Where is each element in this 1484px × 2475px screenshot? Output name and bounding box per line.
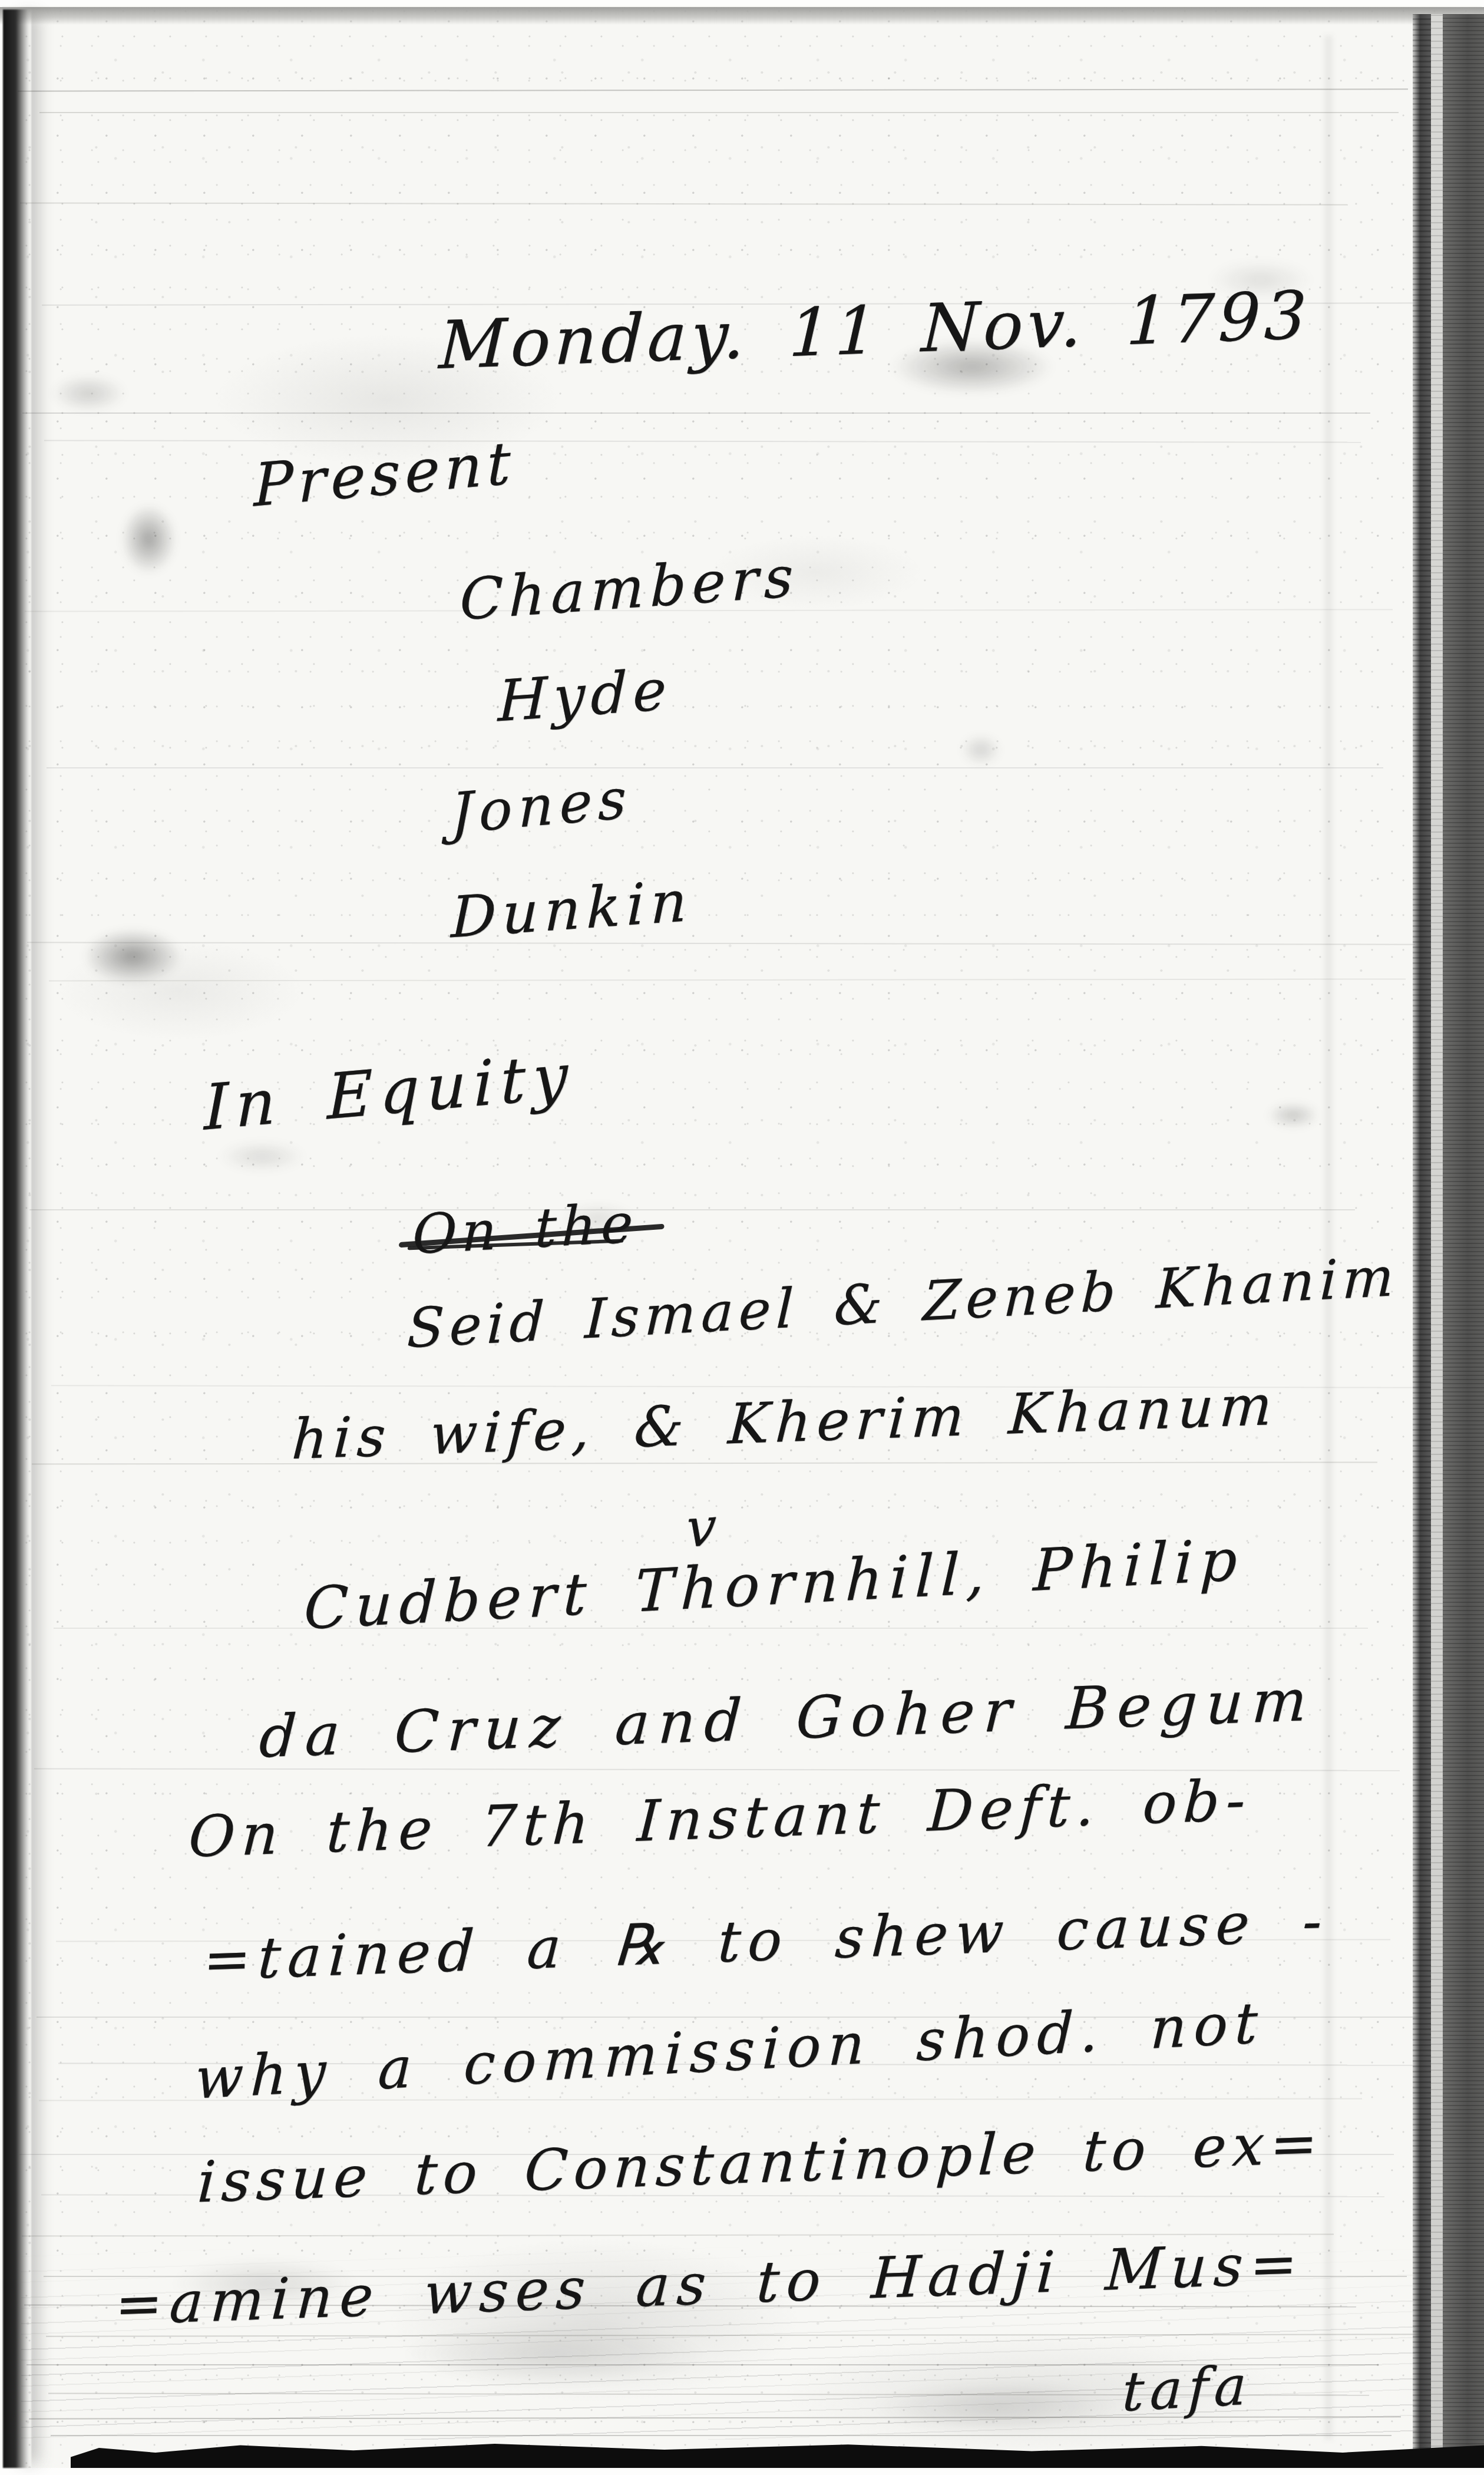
ruled-line (39, 112, 1399, 113)
ink-smudge (121, 504, 177, 575)
ruled-line (54, 1628, 1368, 1629)
scan-top-edge (0, 7, 1484, 25)
page-fold-line (1324, 35, 1333, 2440)
judge-name-dunkin: Dunkin (451, 872, 693, 946)
ruled-line (22, 412, 1370, 414)
ink-smudge (50, 374, 127, 412)
judge-name-hyde: Hyde (498, 661, 673, 730)
binding-shadow-outer (1443, 14, 1484, 2461)
entry-line-6: tafa (1122, 2358, 1254, 2420)
ink-smudge (218, 1140, 306, 1173)
binding-shadow-inner (1413, 14, 1431, 2460)
judge-name-jones: Jones (451, 771, 633, 842)
ruled-line (47, 767, 1383, 768)
versus-mark: v (685, 1500, 719, 1556)
scan-left-edge (3, 9, 31, 2468)
ink-smudge (960, 734, 1002, 766)
manuscript-scan-page: Monday. 11 Nov. 1793 Present Chambers Hy… (0, 0, 1484, 2475)
binding-page-edge (1431, 14, 1443, 2460)
ink-smudge (82, 928, 183, 984)
struck-out-text: On the (412, 1196, 638, 1262)
ink-smudge (1267, 1102, 1320, 1128)
ruled-line (29, 1209, 1355, 1210)
